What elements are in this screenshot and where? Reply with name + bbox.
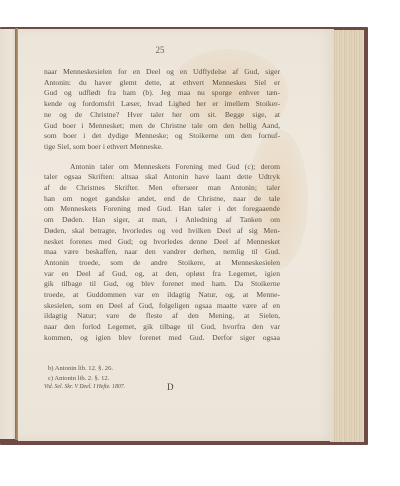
text-line: taler ogsaa Skriften: altsaa skal Antoni…: [44, 172, 280, 183]
text-line: var en Deel af Gud, og, at den, opløst f…: [44, 269, 280, 280]
text-line: Døden, skal betragte, hvorledes og ved h…: [44, 226, 280, 237]
text-line: om Døden. Han siger, at man, i Anledning…: [44, 215, 280, 226]
text-line: naar Menneskesielen for en Deel og en Ud…: [44, 67, 280, 78]
text-line: kende og fordomsfri Læser, hvad Lighed h…: [44, 99, 280, 110]
text-line: naar den forlod Legemet, gik tilbage til…: [44, 322, 280, 333]
text-line: Gud boer i Mennesket; men de Christne ta…: [44, 121, 280, 132]
text-line: nesket forenes med Gud; og hvorledes den…: [44, 237, 280, 248]
text-line: af de Christnes Skrifter. Men efterseer …: [44, 183, 280, 194]
text-line: tige Siel, som boer i ethvert Menneske.: [44, 142, 280, 153]
signature-mark: D: [167, 382, 174, 392]
text-line: ne og de Christne? Hver taler her om sit…: [44, 110, 280, 121]
footnote: c) Antonin lib. 2. §. 12.: [48, 374, 248, 384]
text-line: Antonin: du haver glemt dette, at ethver…: [44, 78, 280, 89]
text-line: Gud og udflødt fra ham (b). Jeg maa nu s…: [44, 88, 280, 99]
body-text: naar Menneskesielen for en Deel og en Ud…: [44, 67, 280, 344]
text-line: om Menneskets Forening med Gud. Han tale…: [44, 204, 280, 215]
text-line: han om noget gandske andet, end de Chris…: [44, 194, 280, 205]
text-line: ildagtig Natur; vare de fleste af den Me…: [44, 311, 280, 322]
footnotes: b) Antonin lib. 12. §. 26. c) Antonin li…: [48, 364, 248, 384]
text-line: Antonin troede, som de andre Stoikere, a…: [44, 258, 280, 269]
signature-line: Vid. Sel. Skr. V Deel. I Hefte. 1807.: [44, 384, 125, 390]
text-line: som boer i det dydige Menneske; og Stoik…: [44, 131, 280, 142]
gutter-line: [15, 28, 18, 440]
page-block-edges: [330, 30, 364, 442]
text-line: maa være beskaffen, naar den vandrer der…: [44, 247, 280, 258]
footnote: b) Antonin lib. 12. §. 26.: [48, 364, 248, 374]
text-line: kommen, og igien blev forenet med Gud. D…: [44, 333, 280, 344]
text-line: skesielen, som en Deel af Gud, folgelige…: [44, 301, 280, 312]
text-line: troede, at Guddommen var en ildagtig Nat…: [44, 290, 280, 301]
text-line: gik tilbage til Gud, og blev forenet med…: [44, 279, 280, 290]
page-number: 25: [145, 45, 175, 55]
text-line: Antonin taler om Menneskets Forening med…: [44, 162, 280, 173]
